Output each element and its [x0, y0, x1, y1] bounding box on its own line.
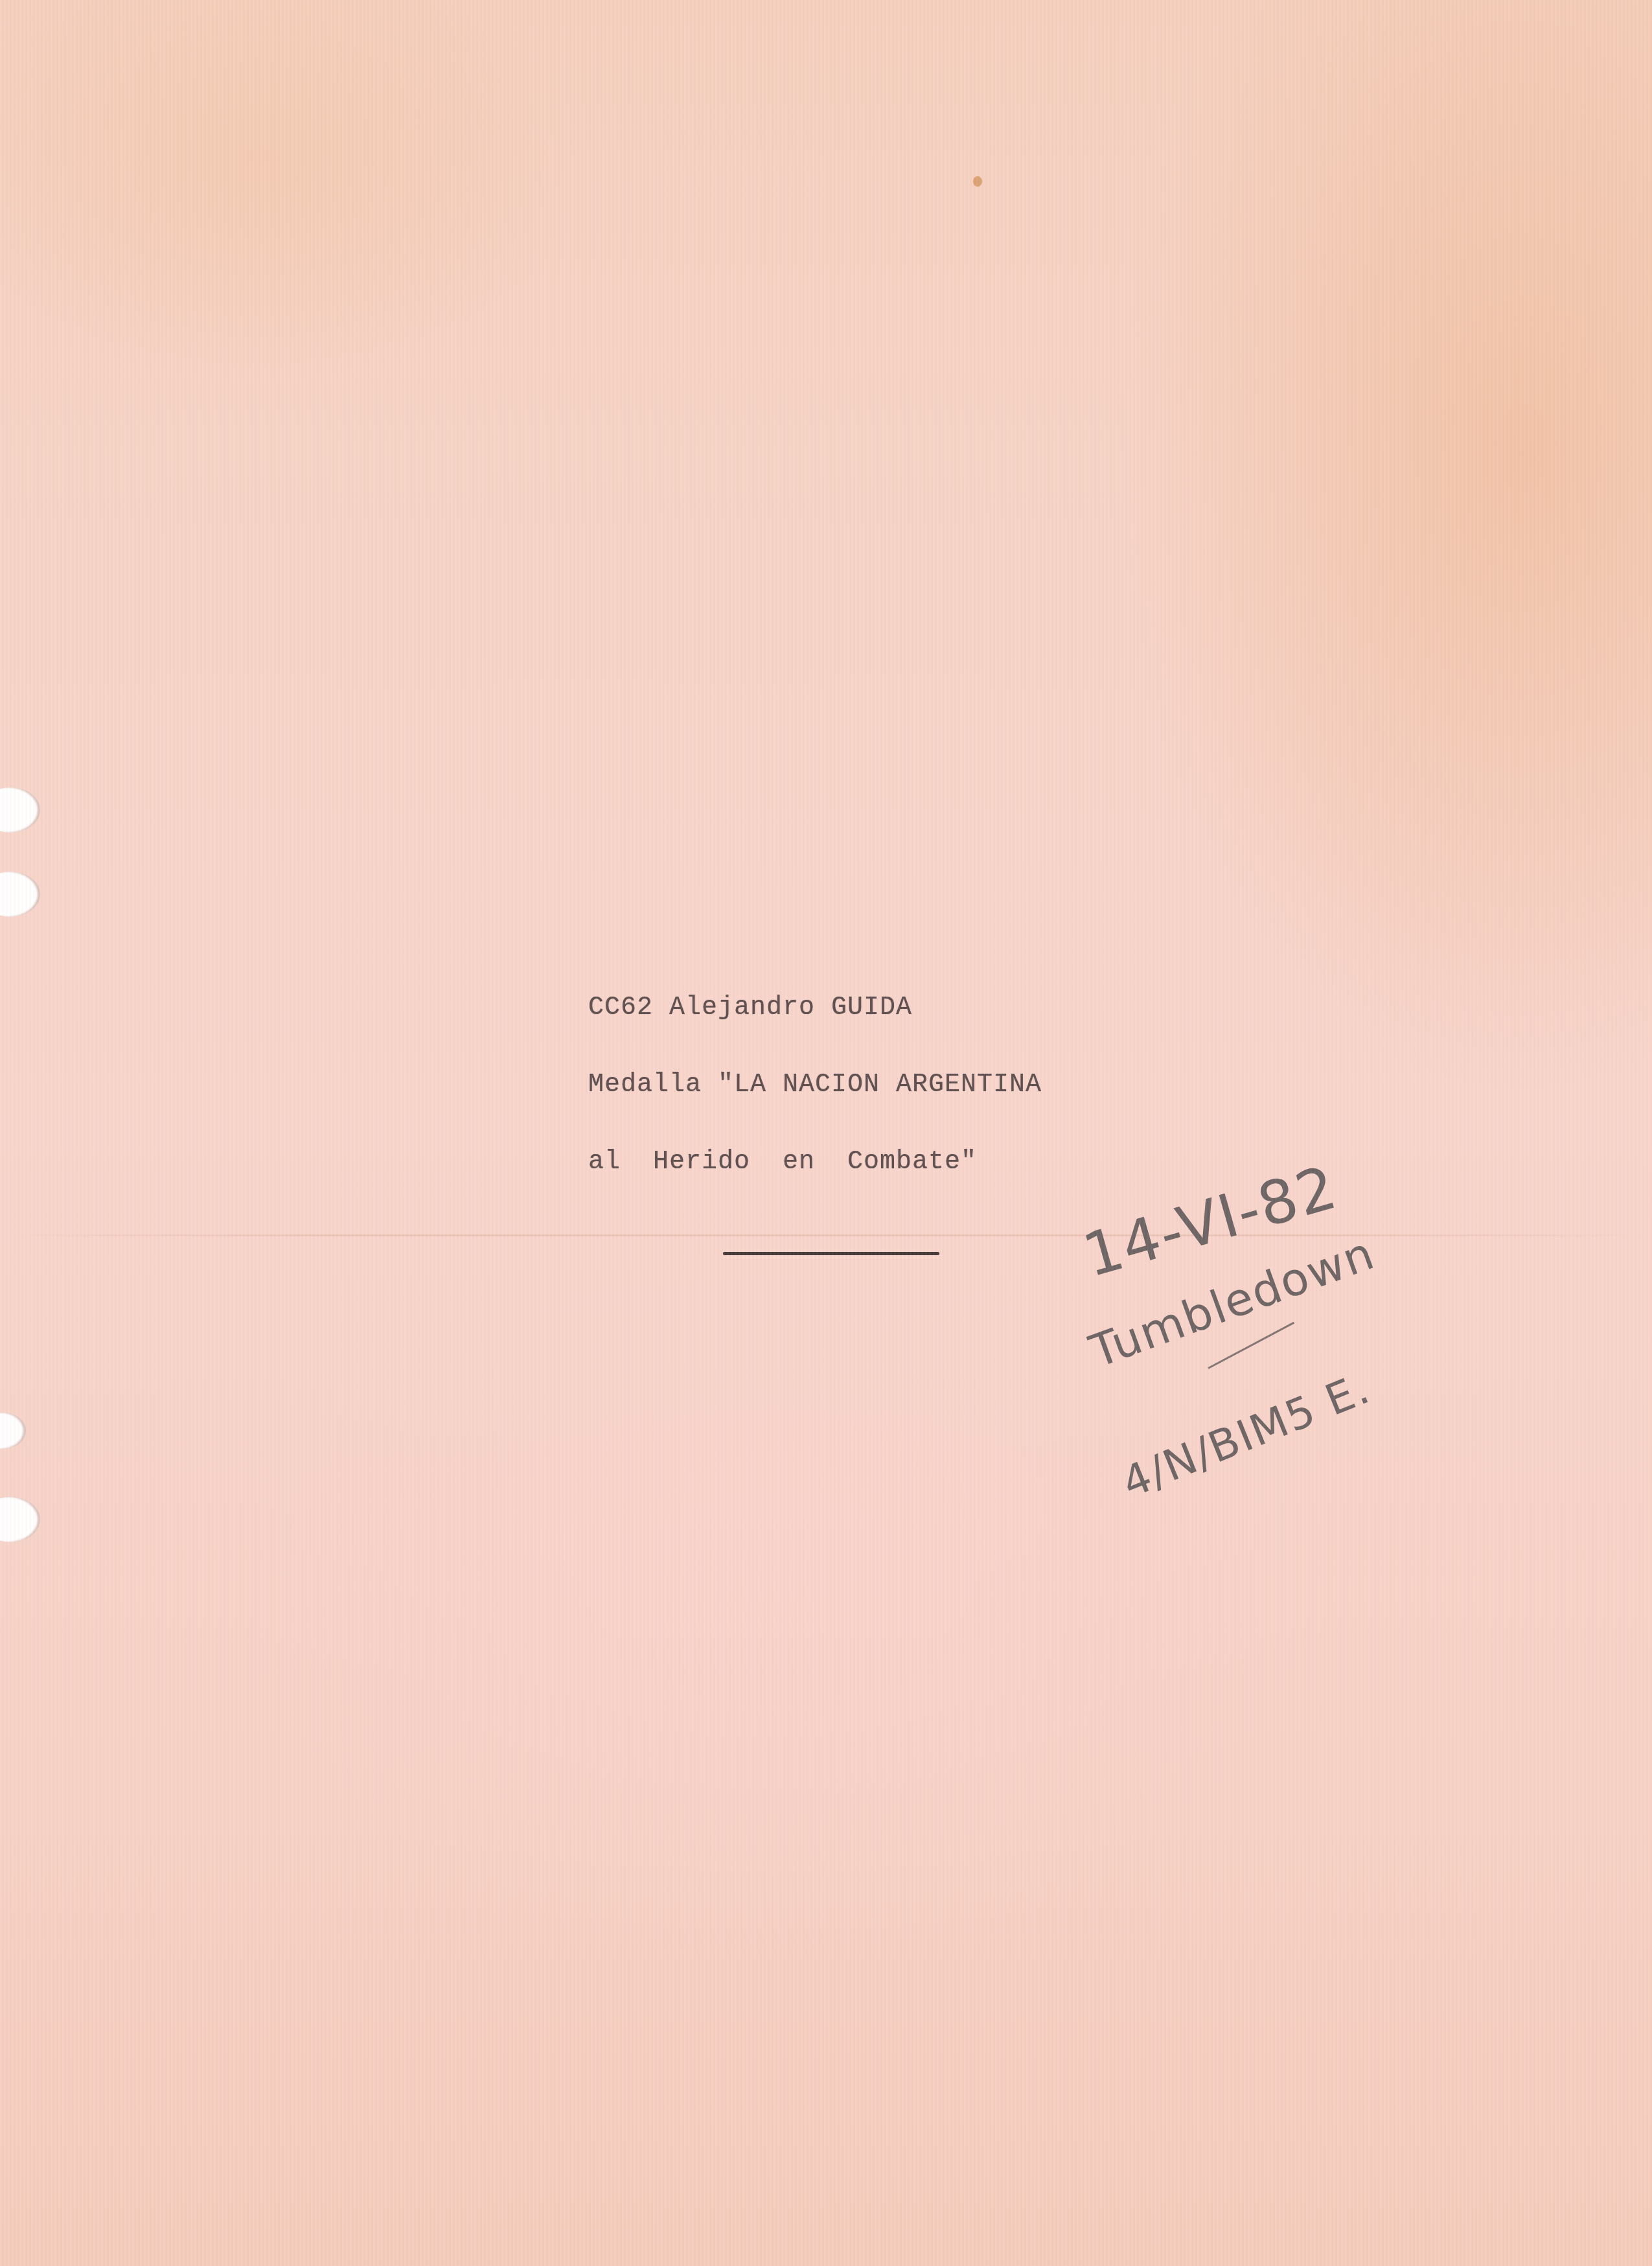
- punch-hole: [0, 787, 40, 833]
- paper-fold-line: [0, 1234, 1652, 1236]
- typed-line-medal-continued: al Herido en Combate": [588, 1148, 977, 1177]
- typed-underline-rule: [723, 1252, 939, 1255]
- typed-line-name: CC62 Alejandro GUIDA: [588, 993, 912, 1023]
- punch-hole: [0, 1413, 26, 1449]
- paper-stain: [973, 176, 982, 187]
- paper-page: CC62 Alejandro GUIDA Medalla "LA NACION …: [0, 0, 1652, 2266]
- handwritten-unit: 4/N/BIM5 E.: [1115, 1363, 1377, 1508]
- punch-hole: [0, 1497, 40, 1542]
- typed-line-medal: Medalla "LA NACION ARGENTINA: [588, 1070, 1042, 1100]
- punch-hole: [0, 872, 40, 917]
